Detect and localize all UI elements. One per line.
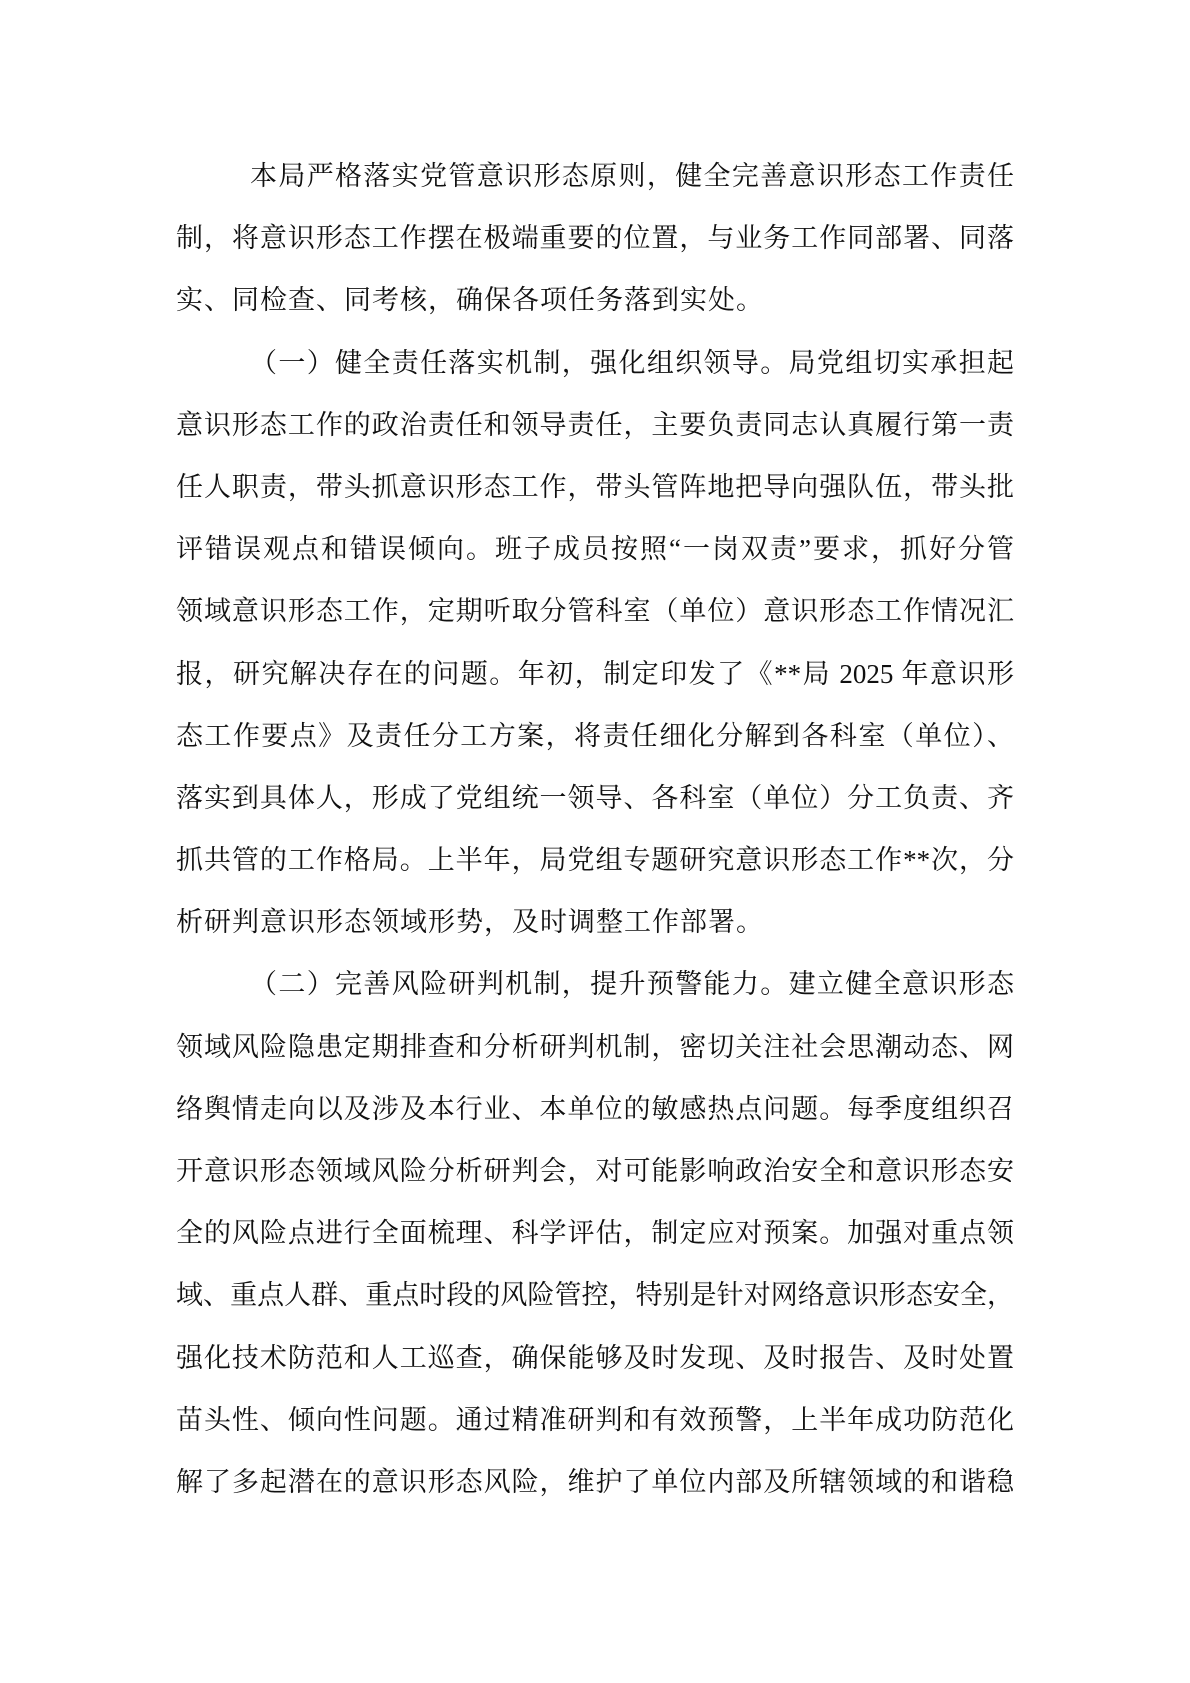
- text-line: 络舆情走向以及涉及本行业、本单位的敏感热点问题。每季度组织召: [176, 1078, 1014, 1140]
- text-line: （一）健全责任落实机制，强化组织领导。局党组切实承担起: [176, 332, 1014, 394]
- text-line: （二）完善风险研判机制，提升预警能力。建立健全意识形态: [176, 953, 1014, 1015]
- paragraph: （一）健全责任落实机制，强化组织领导。局党组切实承担起 意识形态工作的政治责任和…: [176, 332, 1014, 954]
- text-line: 态工作要点》及责任分工方案，将责任细化分解到各科室（单位）、: [176, 705, 1014, 767]
- text-line: 实、同检查、同考核，确保各项任务落到实处。: [176, 269, 1014, 331]
- text-line: 强化技术防范和人工巡查，确保能够及时发现、及时报告、及时处置: [176, 1327, 1014, 1389]
- text-line: 评错误观点和错误倾向。班子成员按照“一岗双责”要求，抓好分管: [176, 518, 1014, 580]
- text-line: 制，将意识形态工作摆在极端重要的位置，与业务工作同部署、同落: [176, 207, 1014, 269]
- text-line: 领域风险隐患定期排查和分析研判机制，密切关注社会思潮动态、网: [176, 1016, 1014, 1078]
- text-line: 抓共管的工作格局。上半年，局党组专题研究意识形态工作**次，分: [176, 829, 1014, 891]
- text-line: 意识形态工作的政治责任和领导责任，主要负责同志认真履行第一责: [176, 394, 1014, 456]
- paragraph: （二）完善风险研判机制，提升预警能力。建立健全意识形态 领域风险隐患定期排查和分…: [176, 953, 1014, 1513]
- text-line: 全的风险点进行全面梳理、科学评估，制定应对预案。加强对重点领: [176, 1202, 1014, 1264]
- text-block: 本局严格落实党管意识形态原则，健全完善意识形态工作责任 制，将意识形态工作摆在极…: [176, 145, 1014, 1513]
- text-line: 析研判意识形态领域形势，及时调整工作部署。: [176, 891, 1014, 953]
- document-page: 本局严格落实党管意识形态原则，健全完善意识形态工作责任 制，将意识形态工作摆在极…: [0, 0, 1190, 1683]
- text-line: 领域意识形态工作，定期听取分管科室（单位）意识形态工作情况汇: [176, 580, 1014, 642]
- text-line: 开意识形态领域风险分析研判会，对可能影响政治安全和意识形态安: [176, 1140, 1014, 1202]
- text-line: 解了多起潜在的意识形态风险，维护了单位内部及所辖领域的和谐稳: [176, 1451, 1014, 1513]
- text-line: 任人职责，带头抓意识形态工作，带头管阵地把导向强队伍，带头批: [176, 456, 1014, 518]
- text-line: 域、重点人群、重点时段的风险管控，特别是针对网络意识形态安全，: [176, 1264, 1014, 1326]
- text-line: 本局严格落实党管意识形态原则，健全完善意识形态工作责任: [176, 145, 1014, 207]
- paragraph: 本局严格落实党管意识形态原则，健全完善意识形态工作责任 制，将意识形态工作摆在极…: [176, 145, 1014, 332]
- text-line: 报，研究解决存在的问题。年初，制定印发了《**局 2025 年意识形: [176, 643, 1014, 705]
- text-line: 落实到具体人，形成了党组统一领导、各科室（单位）分工负责、齐: [176, 767, 1014, 829]
- text-line: 苗头性、倾向性问题。通过精准研判和有效预警，上半年成功防范化: [176, 1389, 1014, 1451]
